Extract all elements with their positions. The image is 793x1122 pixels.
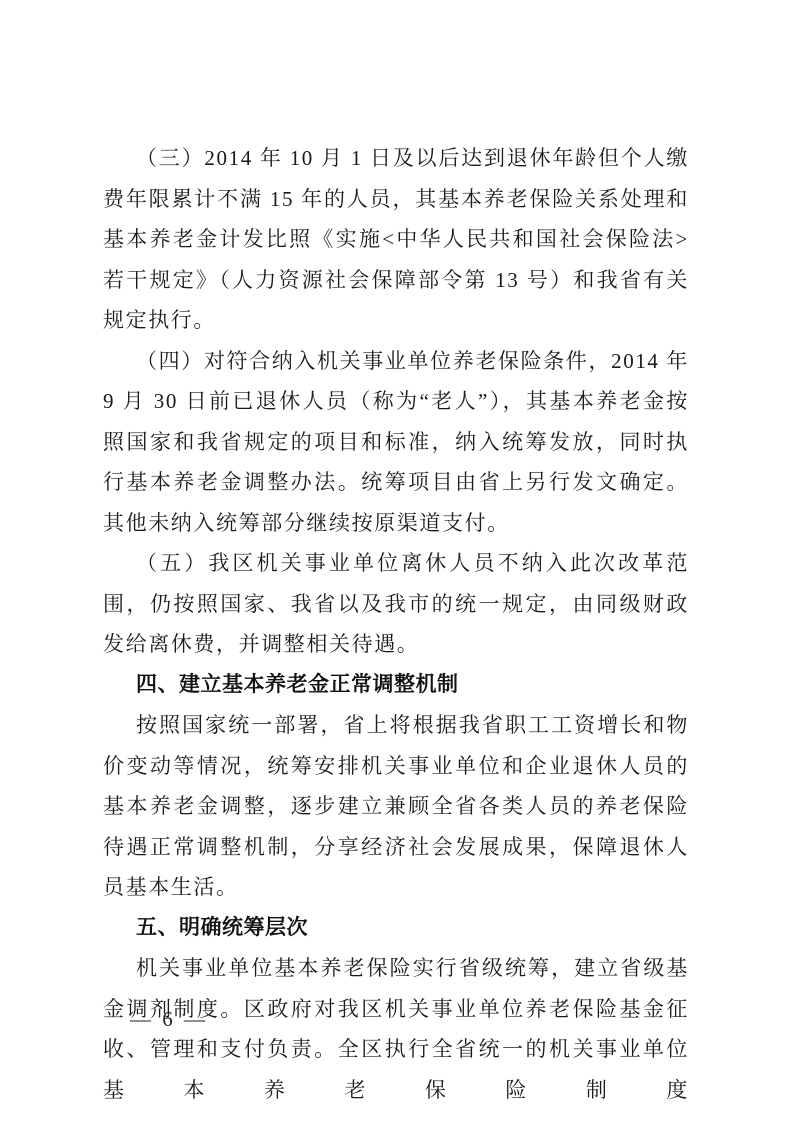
item-4-paragraph: （四）对符合纳入机关事业单位养老保险条件，2014 年 9 月 30 日前已退休…: [103, 341, 689, 544]
document-body: （三）2014 年 10 月 1 日及以后达到退休年龄但个人缴费年限累计不满 1…: [103, 138, 689, 1110]
section-5-heading: 五、明确统筹层次: [103, 908, 689, 949]
page-number: — 6 —: [130, 1005, 208, 1033]
section-4-paragraph: 按照国家统一部署，省上将根据我省职工工资增长和物价变动等情况，统筹安排机关事业单…: [103, 705, 689, 908]
section-4-heading: 四、建立基本养老金正常调整机制: [103, 665, 689, 706]
item-5-paragraph: （五）我区机关事业单位离休人员不纳入此次改革范围，仍按照国家、我省以及我市的统一…: [103, 543, 689, 665]
item-3-paragraph: （三）2014 年 10 月 1 日及以后达到退休年龄但个人缴费年限累计不满 1…: [103, 138, 689, 341]
document-page: （三）2014 年 10 月 1 日及以后达到退休年龄但个人缴费年限累计不满 1…: [0, 0, 793, 1122]
